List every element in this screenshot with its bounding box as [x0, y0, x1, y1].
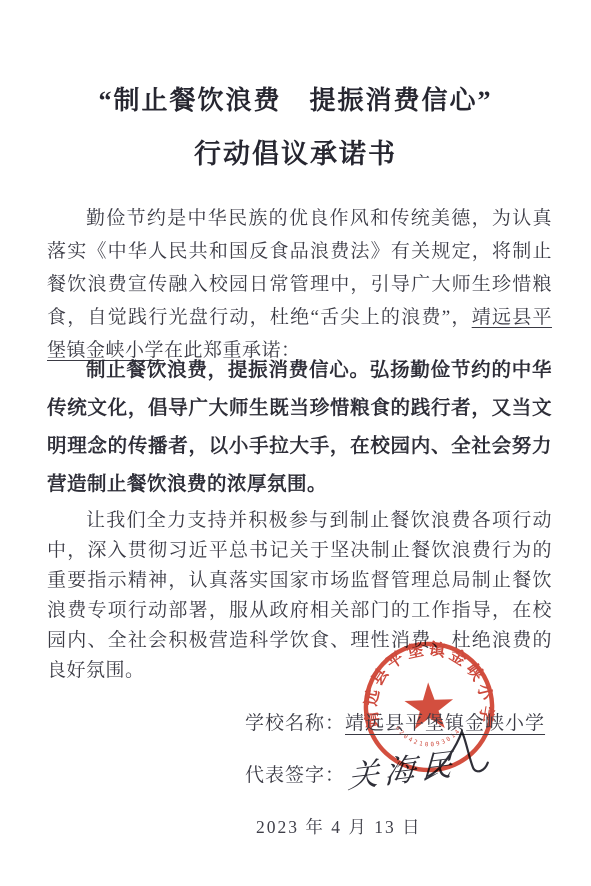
- document-title-line-2: 行动倡议承诺书: [0, 132, 591, 171]
- scanned-commitment-letter: “制止餐饮浪费 提振消费信心” 行动倡议承诺书 勤俭节约是中华民族的优良作风和传…: [0, 0, 591, 886]
- document-title-line-1: “制止餐饮浪费 提振消费信心”: [0, 80, 591, 117]
- school-name-label: 学校名称：: [245, 713, 345, 734]
- opening-paragraph: 勤俭节约是中华民族的优良作风和传统美德，为认真落实《中华人民共和国反食品浪费法》…: [47, 202, 552, 367]
- representative-signature-field: 代表签字：: [245, 760, 345, 787]
- date-line: 2023 年 4 月 13 日: [256, 814, 422, 839]
- signature-label: 代表签字：: [245, 765, 345, 786]
- commitment-paragraph: 制止餐饮浪费，提振消费信心。弘扬勤俭节约的中华传统文化，倡导广大师生既当珍惜粮食…: [47, 351, 552, 503]
- signature-flourish-stroke: [421, 722, 497, 786]
